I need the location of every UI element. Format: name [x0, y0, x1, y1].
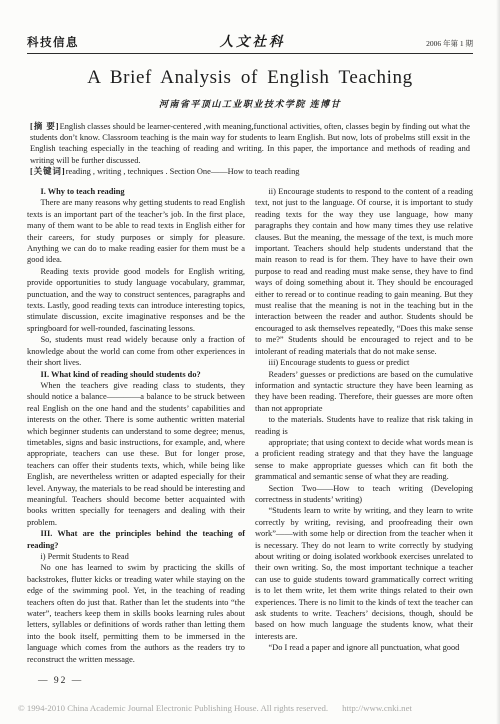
- masthead: 科技信息 人文社科 2006 年第 1 期: [27, 30, 473, 50]
- copyright-footer: © 1994-2010 China Academic Journal Elect…: [18, 703, 482, 713]
- keywords-text: reading , writing , techniques . Section…: [66, 167, 300, 176]
- abstract: [摘 要]English classes should be learner-c…: [30, 121, 470, 166]
- paragraph: to the materials. Students have to reali…: [255, 414, 473, 437]
- keywords: [关键词]reading , writing , techniques . Se…: [30, 166, 470, 177]
- paragraph: No one has learned to swim by practicing…: [27, 562, 245, 665]
- cnki-url: http://www.cnki.net: [342, 703, 412, 713]
- section-heading-3: III. What are the principles behind the …: [27, 528, 245, 551]
- paragraph: There are many reasons why getting stude…: [27, 197, 245, 265]
- section-name: 人文社科: [220, 30, 286, 50]
- paragraph: Reading texts provide good models for En…: [27, 266, 245, 334]
- paragraph: When the teachers give reading class to …: [27, 380, 245, 528]
- paragraph: Readers’ guesses or predictions are base…: [255, 369, 473, 415]
- paragraph: So, students must read widely because on…: [27, 334, 245, 368]
- issue-info: 2006 年第 1 期: [426, 38, 473, 50]
- left-column: I. Why to teach reading There are many r…: [27, 186, 245, 673]
- paragraph: “Do I read a paper and ignore all punctu…: [255, 642, 473, 653]
- paragraph: “Students learn to write by writing, and…: [255, 505, 473, 642]
- journal-page: 科技信息 人文社科 2006 年第 1 期 A Brief Analysis o…: [0, 0, 500, 724]
- header-divider: [27, 53, 473, 54]
- keywords-label: [关键词]: [30, 167, 66, 176]
- article-title: A Brief Analysis of English Teaching: [0, 67, 500, 89]
- section-heading-2: II. What kind of reading should students…: [27, 369, 245, 380]
- subpoint-i: i) Permit Students to Read: [27, 551, 245, 562]
- abstract-keywords-block: [摘 要]English classes should be learner-c…: [30, 121, 470, 177]
- author-affiliation: 河南省平顶山工业职业技术学院 连博甘: [0, 97, 500, 110]
- section-heading-1: I. Why to teach reading: [27, 186, 245, 197]
- copyright-text: © 1994-2010 China Academic Journal Elect…: [18, 703, 328, 713]
- page-number: — 92 —: [38, 676, 500, 686]
- subpoint-ii: ii) Encourage students to respond to the…: [255, 186, 473, 357]
- abstract-label: [摘 要]: [30, 122, 60, 131]
- body-columns: I. Why to teach reading There are many r…: [27, 186, 473, 673]
- abstract-text: English classes should be learner-center…: [30, 122, 470, 165]
- right-column: ii) Encourage students to respond to the…: [255, 186, 473, 673]
- paragraph: appropriate; that using context to decid…: [255, 437, 473, 483]
- subpoint-iii: iii) Encourage students to guess or pred…: [255, 357, 473, 368]
- section-two-heading: Section Two——How to teach writing (Devel…: [255, 483, 473, 506]
- journal-name: 科技信息: [27, 34, 79, 50]
